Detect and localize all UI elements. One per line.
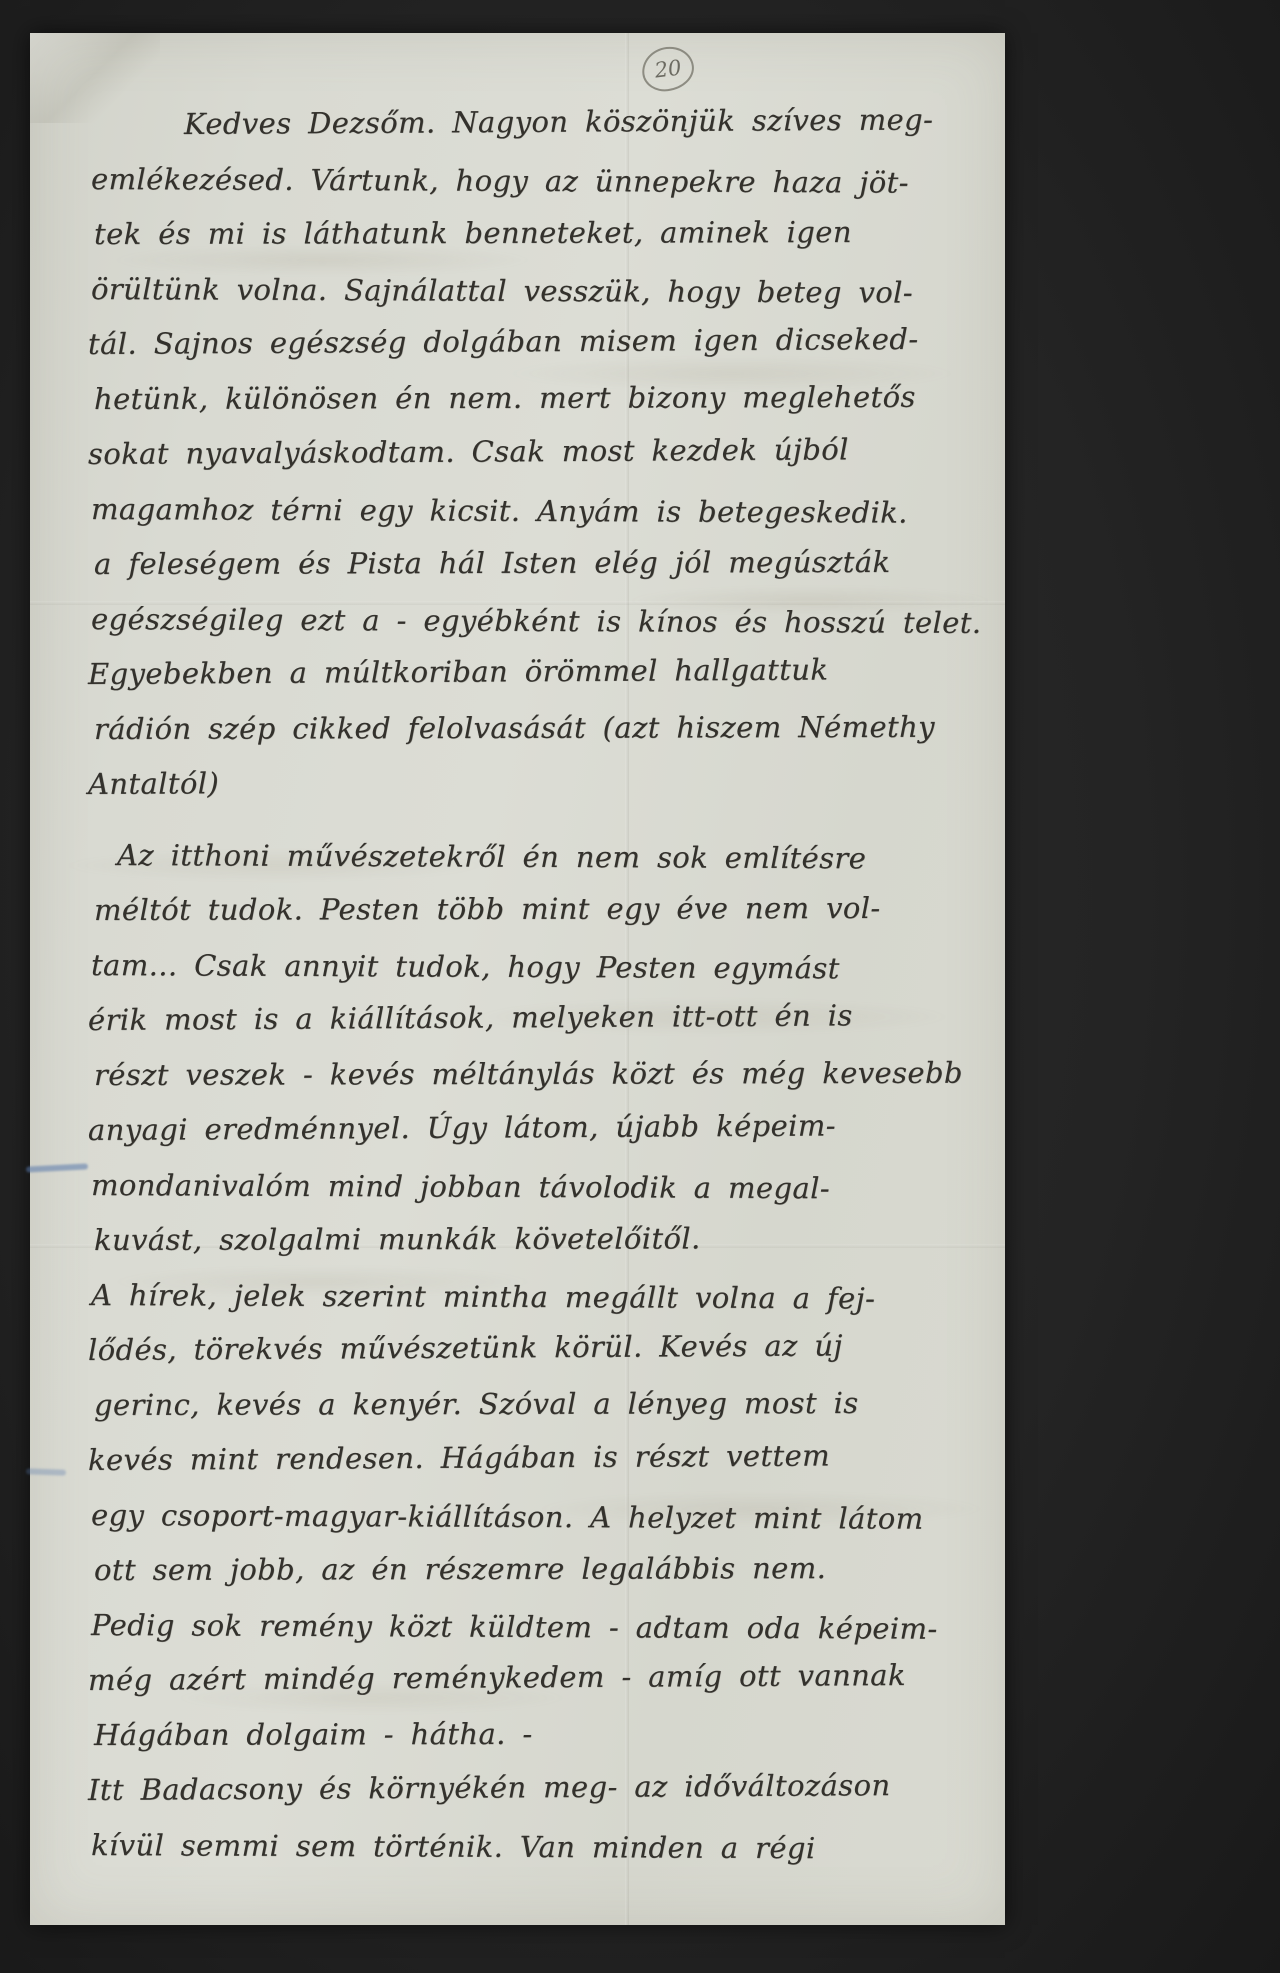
letter-line: magamhoz térni egy kicsit. Anyám is bete… (91, 482, 974, 541)
letter-line: gerinc, kevés a kenyér. Szóval a lényeg … (94, 1376, 977, 1433)
letter-line: tál. Sajnos egészség dolgában misem igen… (88, 312, 971, 372)
handwritten-letter-body: Kedves Dezsőm. Nagyon köszönjük szíves m… (88, 97, 971, 1873)
letter-line: kevés mint rendesen. Hágában is részt ve… (88, 1428, 971, 1488)
blue-ink-mark (26, 1468, 66, 1475)
letter-line: Hágában dolgaim - hátha. - (94, 1706, 977, 1763)
letter-line: ott sem jobb, az én részemre legalábbis … (94, 1541, 977, 1598)
letter-line: tek és mi is láthatunk benneteket, amine… (94, 205, 977, 262)
letter-line: kuvást, szolgalmi munkák követelőitől. (94, 1211, 977, 1268)
letter-line: rádión szép cikked felolvasását (azt his… (94, 700, 977, 757)
blue-ink-mark (26, 1163, 88, 1172)
letter-line: kívül semmi sem történik. Van minden a r… (91, 1818, 974, 1877)
letter-line: anyagi eredménnyel. Úgy látom, újabb kép… (88, 1098, 971, 1158)
letter-line: érik most is a kiállítások, melyeken itt… (88, 988, 971, 1048)
letter-line: egy csoport-magyar-kiállításon. A helyze… (91, 1488, 974, 1547)
letter-line: mondanivalóm mind jobban távolodik a meg… (91, 1158, 974, 1217)
letter-line: még azért mindég reménykedem - amíg ott … (88, 1648, 971, 1708)
letter-line: Az itthoni művészetekről én nem sok emlí… (117, 828, 974, 887)
letter-line: Kedves Dezsőm. Nagyon köszönjük szíves m… (184, 92, 971, 152)
letter-line: hetünk, különösen én nem. mert bizony me… (94, 370, 977, 427)
letter-line: részt veszek - kevés méltánylás közt és … (94, 1046, 977, 1103)
letter-page: 20 Kedves Dezsőm. Nagyon köszönjük szíve… (30, 33, 1005, 1925)
letter-line: Itt Badacsony és környékén meg- az idővá… (88, 1758, 971, 1818)
letter-line: sokat nyavalyáskodtam. Csak most kezdek … (88, 422, 971, 482)
letter-line: lődés, törekvés művészetünk körül. Kevés… (88, 1318, 971, 1378)
letter-line: méltót tudok. Pesten több mint egy éve n… (94, 881, 977, 938)
letter-line: emlékezésed. Vártunk, hogy az ünnepekre … (91, 152, 974, 211)
letter-line: Antaltól) (88, 752, 971, 812)
page-number: 20 (640, 44, 697, 94)
letter-line: Egyebekben a múltkoriban örömmel hallgat… (88, 642, 971, 702)
scan-background: 20 Kedves Dezsőm. Nagyon köszönjük szíve… (0, 0, 1280, 1973)
letter-line: a feleségem és Pista hál Isten elég jól … (94, 535, 977, 592)
